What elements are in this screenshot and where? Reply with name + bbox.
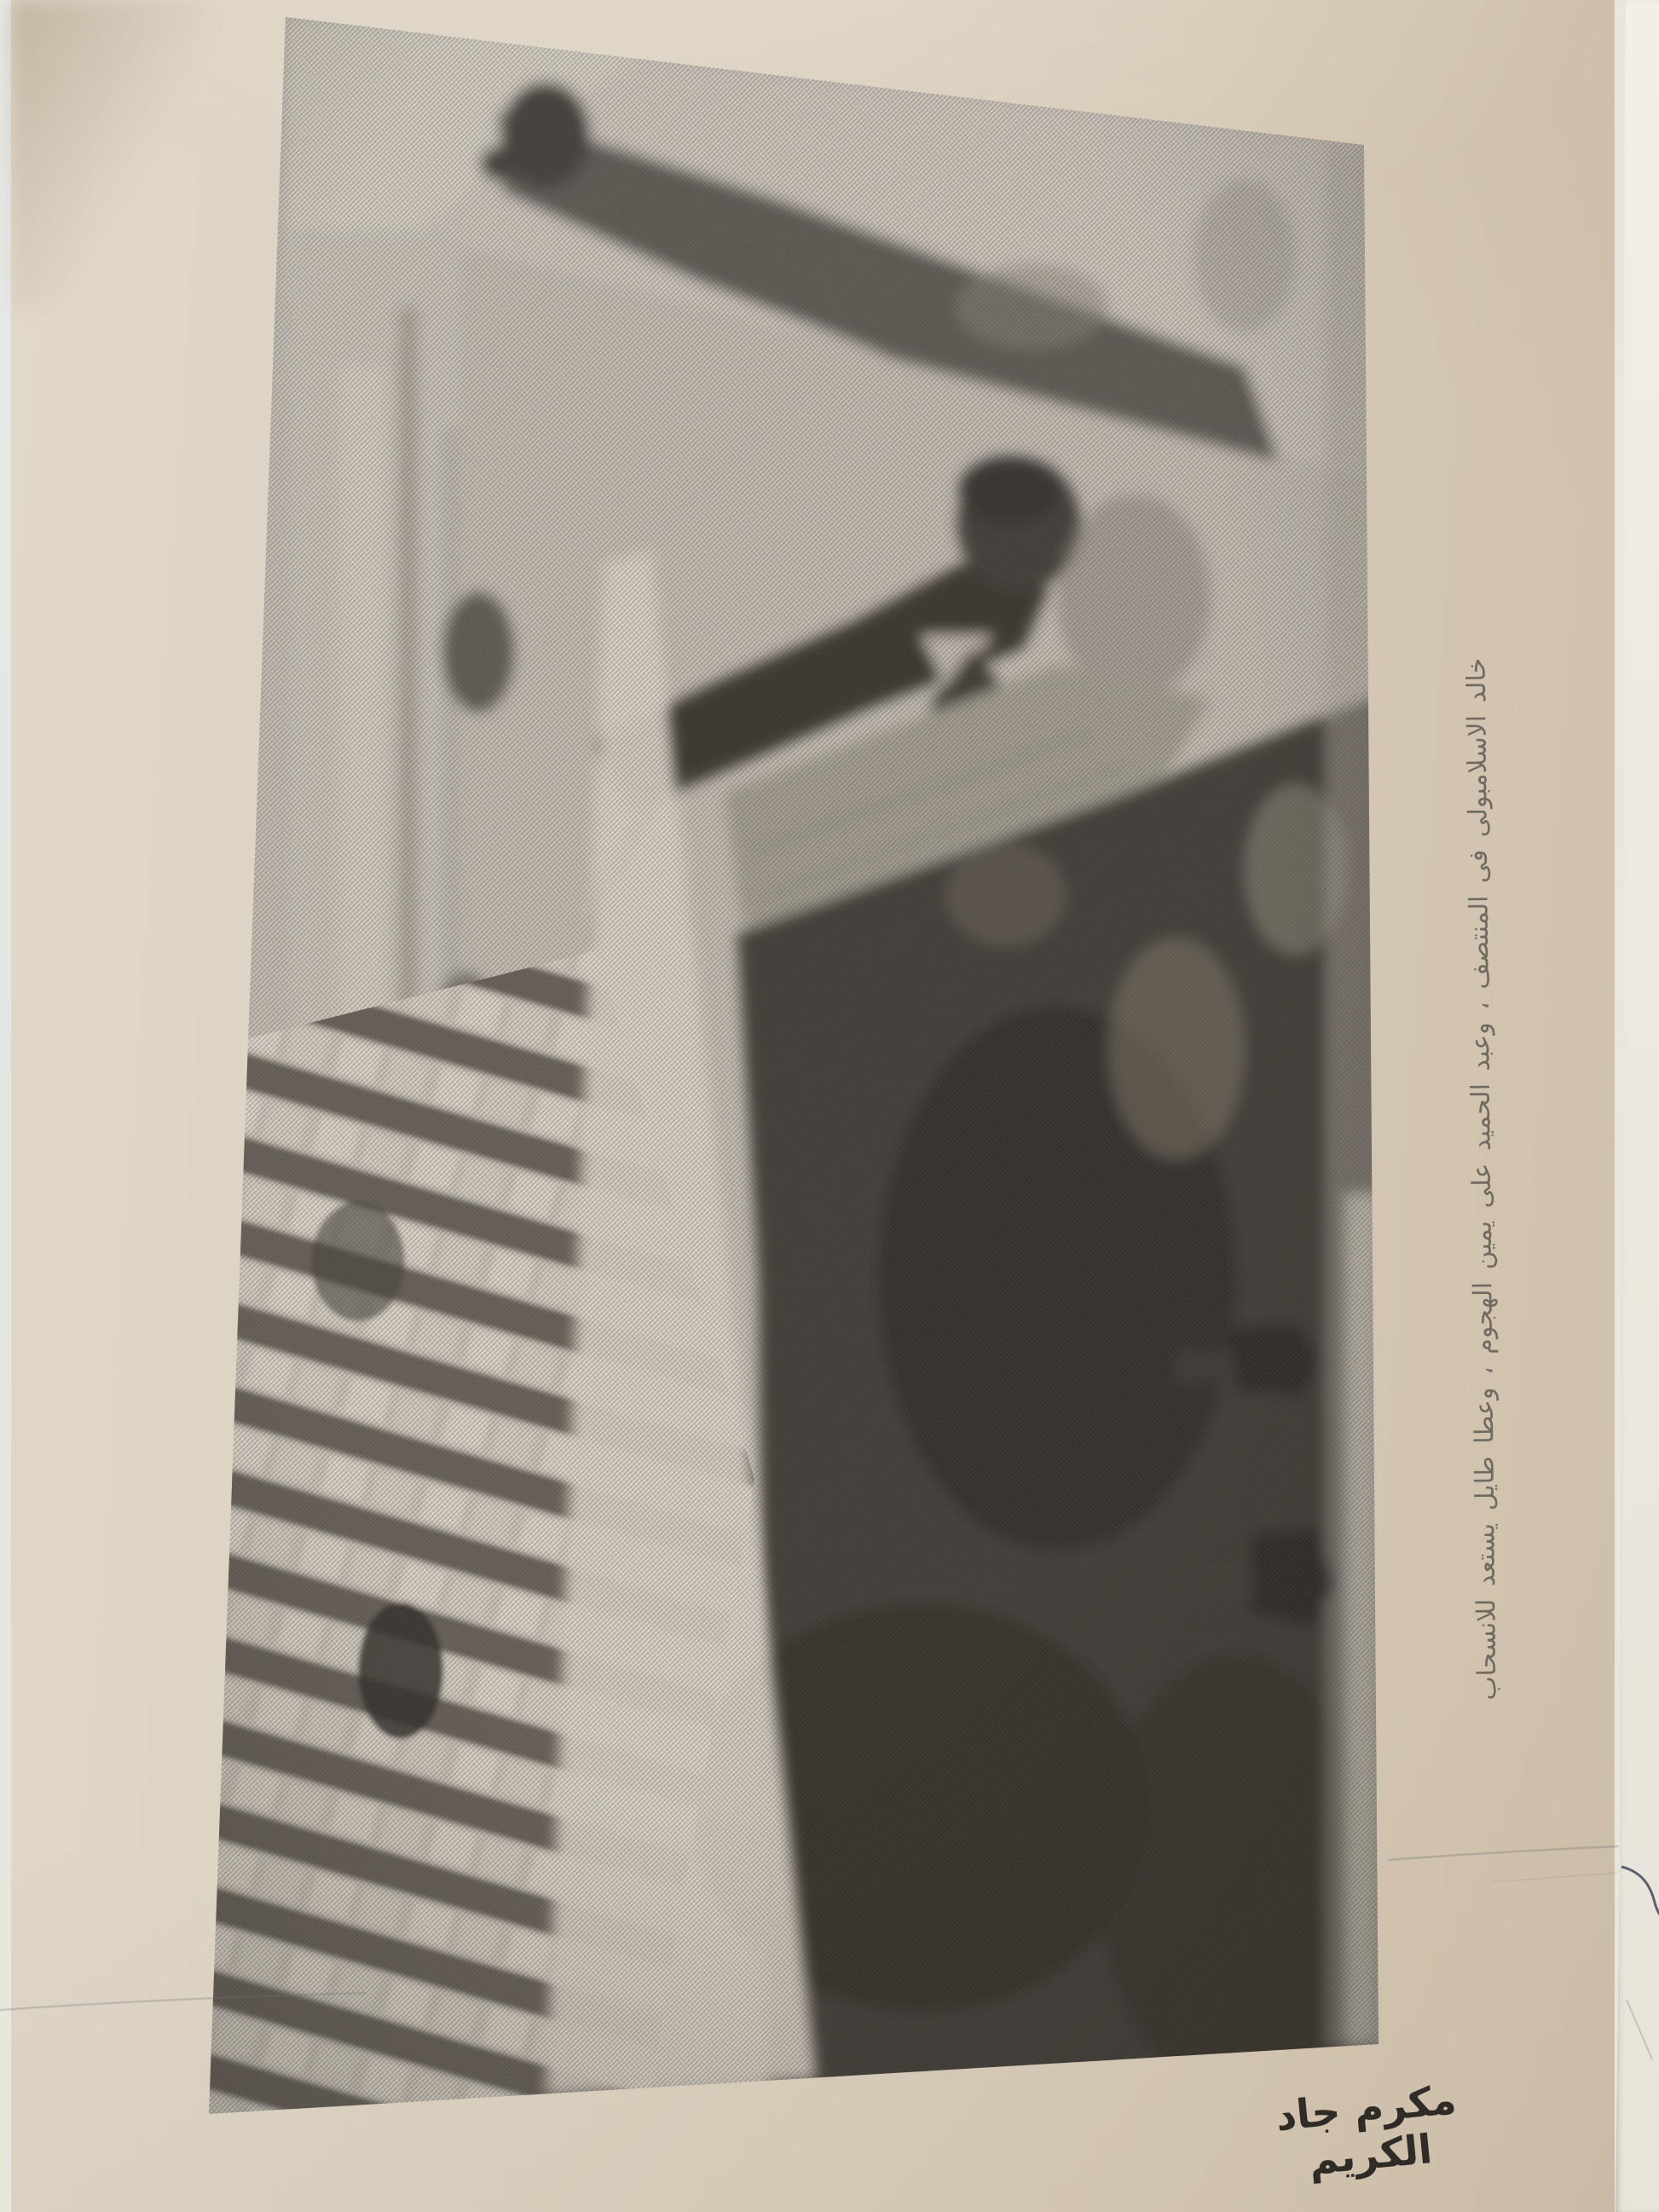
printed-halftone-photo bbox=[209, 17, 1379, 2114]
page-edge-strip bbox=[1615, 0, 1659, 2212]
page-corner-crease-shadow bbox=[11, 0, 207, 307]
backdrop-left-sliver bbox=[0, 0, 11, 1926]
photo-vignette bbox=[209, 17, 1379, 2114]
photographed-book-page: خالد الاسلامبولى فى المنتصف ، وعبد الحمي… bbox=[0, 0, 1659, 2212]
